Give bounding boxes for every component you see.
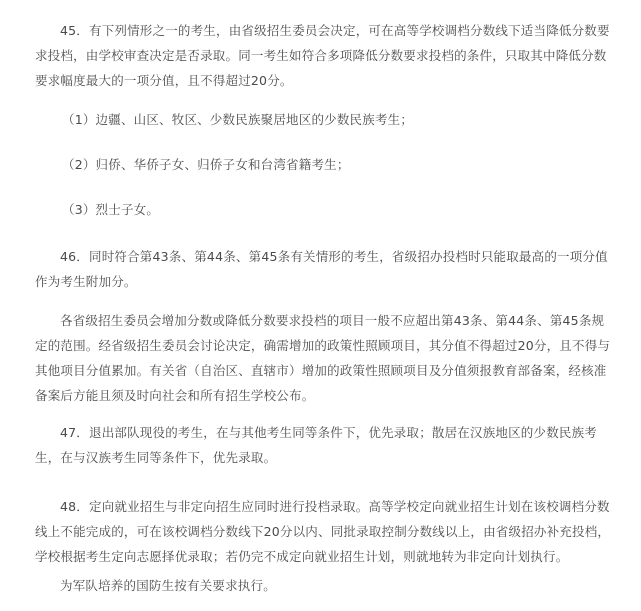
article-45-item-1: （1）边疆、山区、牧区、少数民族聚居地区的少数民族考生； xyxy=(62,107,413,132)
article-48-note-paragraph: 为军队培养的国防生按有关要求执行。 xyxy=(35,573,611,598)
article-45-item-2: （2）归侨、华侨子女、归侨子女和台湾省籍考生； xyxy=(62,152,350,177)
article-46-paragraph: 46．同时符合第43条、第44条、第45条有关情形的考生，省级招办投档时只能取最… xyxy=(35,244,611,294)
article-45-paragraph: 45．有下列情形之一的考生，由省级招生委员会决定，可在高等学校调档分数线下适当降… xyxy=(35,18,611,93)
article-48-paragraph: 48．定向就业招生与非定向招生应同时进行投档录取。高等学校定向就业招生计划在该校… xyxy=(35,494,611,569)
article-45-item-3: （3）烈士子女。 xyxy=(62,197,159,222)
article-46-note-paragraph: 各省级招生委员会增加分数或降低分数要求投档的项目一般不应超出第43条、第44条、… xyxy=(35,308,611,408)
article-47-paragraph: 47．退出部队现役的考生，在与其他考生同等条件下，优先录取；散居在汉族地区的少数… xyxy=(35,420,611,470)
